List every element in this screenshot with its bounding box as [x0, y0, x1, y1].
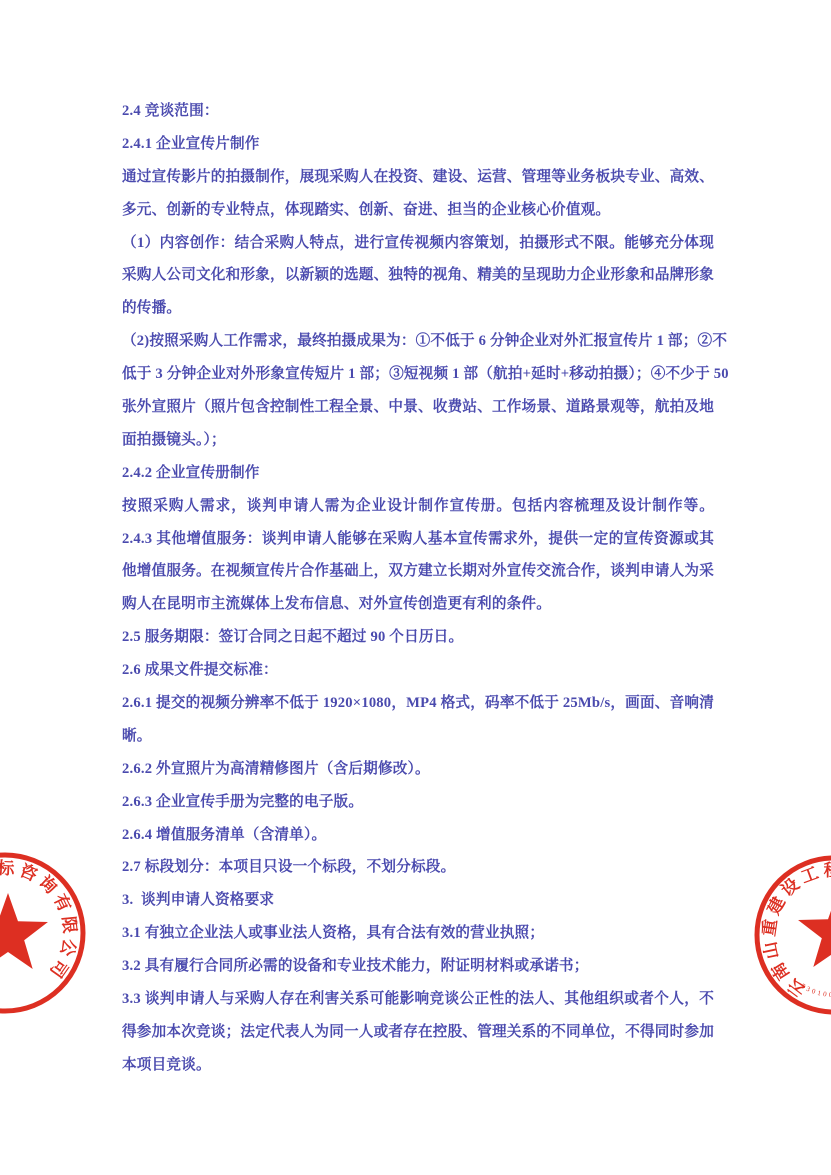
doc-line: 晰。: [122, 720, 714, 753]
doc-line: 购人在昆明市主流媒体上发布信息、对外宣传创造更有利的条件。: [122, 588, 714, 621]
document-body: 2.4 竞谈范围： 2.4.1 企业宣传片制作 通过宣传影片的拍摄制作，展现采购…: [122, 95, 714, 1082]
doc-line: 2.6 成果文件提交标准：: [122, 654, 714, 687]
doc-line: 2.5 服务期限：签订合同之日起不超过 90 个日历日。: [122, 621, 714, 654]
svg-text:530100: 530100: [800, 982, 831, 999]
doc-line: （1）内容创作：结合采购人特点，进行宣传视频内容策划，拍摄形式不限。能够充分体现: [122, 227, 714, 260]
doc-line: 2.6.2 外宣照片为高清精修图片（含后期修改）。: [122, 753, 714, 786]
doc-line: 面拍摄镜头。）；: [122, 424, 714, 457]
doc-line: （2)按照采购人工作需求，最终拍摄成果为：①不低于 6 分钟企业对外汇报宣传片 …: [122, 325, 714, 358]
doc-line: 3.1 有独立企业法人或事业法人资格，具有合法有效的营业执照；: [122, 917, 714, 950]
doc-line: 按照采购人需求，谈判申请人需为企业设计制作宣传册。包括内容梳理及设计制作等。: [122, 490, 714, 523]
doc-line: 3.3 谈判申请人与采购人存在利害关系可能影响竞谈公正性的法人、其他组织或者个人…: [122, 983, 714, 1016]
seal-ring: [757, 858, 831, 1012]
svg-text:招标咨询有限公司: 招标咨询有限公司: [0, 858, 80, 985]
doc-line: 采购人公司文化和形象，以新颖的选题、独特的视角、精美的呈现助力企业形象和品牌形象: [122, 259, 714, 292]
doc-line: 2.4.2 企业宣传册制作: [122, 457, 714, 490]
doc-line: 2.4.1 企业宣传片制作: [122, 128, 714, 161]
seal-arc-text: 云南山重建设工程: [758, 860, 831, 1000]
doc-line: 2.4.3 其他增值服务：谈判申请人能够在采购人基本宣传需求外，提供一定的宣传资…: [122, 523, 714, 556]
seal-ring: [0, 855, 83, 1011]
doc-line: 本项目竞谈。: [122, 1049, 714, 1082]
doc-line: 他增值服务。在视频宣传片合作基础上，双方建立长期对外宣传交流合作，谈判申请人为采: [122, 555, 714, 588]
doc-line: 多元、创新的专业特点，体现踏实、创新、奋进、担当的企业核心价值观。: [122, 194, 714, 227]
doc-line: 3. 谈判申请人资格要求: [122, 884, 714, 917]
svg-text:云南山重建设工程: 云南山重建设工程: [758, 860, 831, 1000]
doc-line: 张外宣照片（照片包含控制性工程全景、中景、收费站、工作场景、道路景观等，航拍及地: [122, 391, 714, 424]
doc-line: 2.6.3 企业宣传手册为完整的电子版。: [122, 786, 714, 819]
document-page: 2.4 竞谈范围： 2.4.1 企业宣传片制作 通过宣传影片的拍摄制作，展现采购…: [0, 0, 831, 1175]
doc-line: 2.7 标段划分：本项目只设一个标段，不划分标段。: [122, 851, 714, 884]
seal-arc-text: 招标咨询有限公司: [0, 858, 80, 985]
company-seal-left: 招标咨询有限公司 0257354: [0, 848, 90, 1018]
company-seal-right: 云南山重建设工程 530100: [749, 850, 831, 1020]
doc-line: 2.6.1 提交的视频分辨率不低于 1920×1080，MP4 格式，码率不低于…: [122, 687, 714, 720]
doc-line: 的传播。: [122, 292, 714, 325]
doc-line: 得参加本次竞谈；法定代表人为同一人或者存在控股、管理关系的不同单位，不得同时参加: [122, 1016, 714, 1049]
doc-line: 2.6.4 增值服务清单（含清单）。: [122, 819, 714, 852]
doc-line: 3.2 具有履行合同所必需的设备和专业技术能力，附证明材料或承诺书；: [122, 950, 714, 983]
star-icon: [0, 893, 48, 969]
star-icon: [798, 891, 831, 967]
doc-line: 2.4 竞谈范围：: [122, 95, 714, 128]
seal-serial-number: 530100: [800, 982, 831, 999]
doc-line: 通过宣传影片的拍摄制作，展现采购人在投资、建设、运营、管理等业务板块专业、高效、: [122, 161, 714, 194]
doc-line: 低于 3 分钟企业对外形象宣传短片 1 部；③短视频 1 部（航拍+延时+移动拍…: [122, 358, 714, 391]
